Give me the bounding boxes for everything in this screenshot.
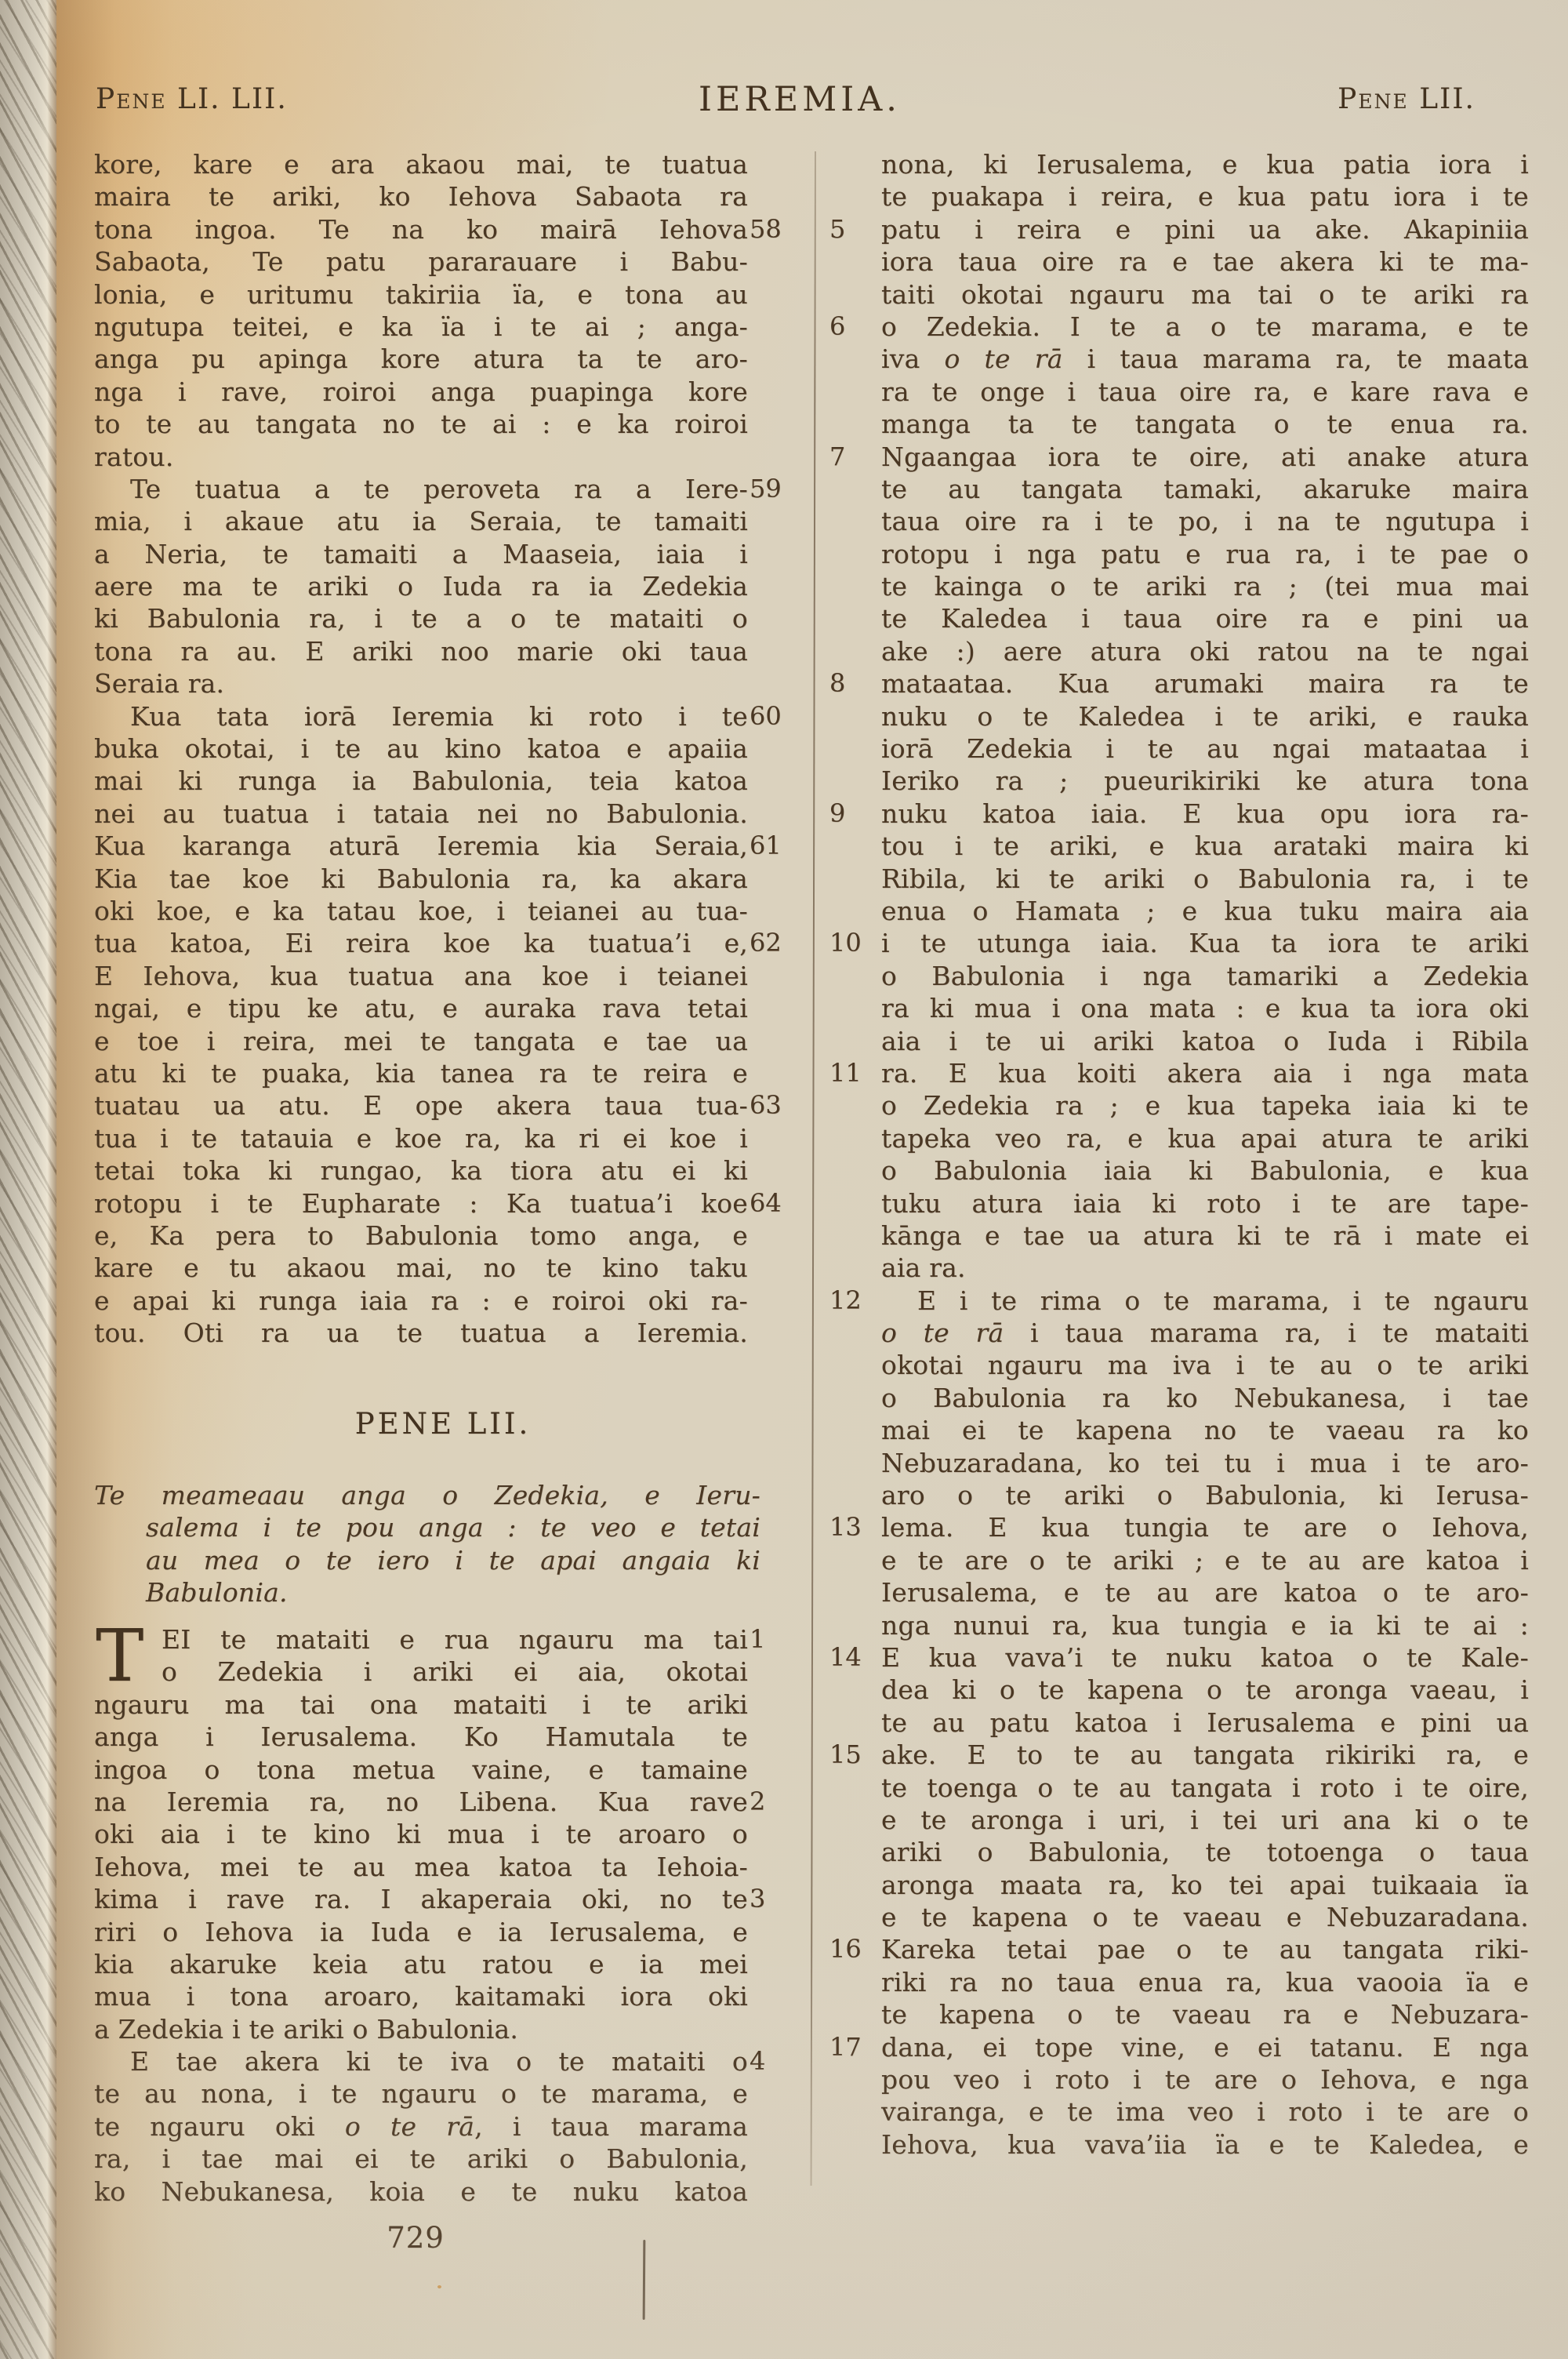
text-run: rotopu i nga patu e rua ra, i te pae o xyxy=(881,539,1529,569)
text-run: kima i rave ra. I akaperaia oki, no te xyxy=(94,1884,748,1914)
text-line: o Zedekia. I te a o te marama, e te6 xyxy=(829,311,1529,343)
text-run: tona ra au. E ariki noo marie oki taua xyxy=(94,636,748,667)
text-run: tou i te ariki, e kua arataki maira ki xyxy=(881,831,1529,861)
text-line: Iehova, kua vava’iia ïa e te Kaledea, e xyxy=(829,2128,1529,2161)
text-run: E kua vava’i te nuku katoa o te Kale- xyxy=(881,1642,1529,1673)
text-run: tetai toka ki rungao, ka tiora atu ei ki xyxy=(94,1155,748,1186)
verse-number: 17 xyxy=(829,2031,866,2063)
verse-number: 7 xyxy=(829,441,866,473)
text-line: nuku o te Kaledea i te ariki, e rauka xyxy=(829,700,1529,732)
text-run: au mea o te iero i te apai angaia ki xyxy=(146,1545,760,1576)
text-line: E Iehova, kua tuatua ana koe i teianei xyxy=(94,960,792,992)
text-run: i taua marama ra, i te mataiti xyxy=(1004,1318,1529,1348)
text-run: E Iehova, kua tuatua ana koe i teianei xyxy=(94,961,748,991)
text-run: tuku atura iaia ki roto i te are tape- xyxy=(881,1188,1529,1219)
text-run: ake :) aere atura oki ratou na te ngai xyxy=(881,636,1529,667)
verse-number: 1 xyxy=(750,1623,792,1656)
text-run: i taua marama ra, te maata xyxy=(1063,343,1529,374)
text-line: e te kapena o te vaeau e Nebuzaradana. xyxy=(829,1901,1529,1933)
text-run: rotopu i te Eupharate : Ka tuatua’i koe xyxy=(94,1188,748,1219)
text-line: nei au tuatua i tataia nei no Babulonia. xyxy=(94,798,792,830)
text-line: a Zedekia i te ariki o Babulonia. xyxy=(94,2013,792,2045)
italic-run: o te rā xyxy=(881,1318,1004,1348)
text-line: ngutupa teitei, e ka ïa i te ai ; anga- xyxy=(94,311,792,343)
text-line: Kua tata iorā Ieremia ki roto i te60 xyxy=(94,700,792,732)
text-run: tapeka veo ra, e kua apai atura te ariki xyxy=(881,1123,1529,1154)
text-run: tuatau ua atu. E ope akera taua tua- xyxy=(94,1090,748,1121)
verse-number: 5 xyxy=(829,213,866,245)
text-line: dea ki o te kapena o te aronga vaeau, i xyxy=(829,1674,1529,1706)
text-line: Kia tae koe ki Babulonia ra, ka akara xyxy=(94,863,792,895)
text-line: e toe i reira, mei te tangata e tae ua xyxy=(94,1025,792,1057)
text-run: aia ra. xyxy=(881,1252,966,1283)
text-run: lema. E kua tungia te are o Iehova, xyxy=(881,1512,1529,1543)
text-run: , i taua marama xyxy=(474,2111,748,2142)
verse-number: 3 xyxy=(750,1883,792,1915)
text-run: ake. E to te au tangata rikiriki ra, e xyxy=(881,1739,1529,1770)
page-number: 729 xyxy=(94,2221,737,2255)
verse-number: 60 xyxy=(750,700,792,732)
verse-number: 12 xyxy=(829,1285,866,1317)
text-run: maira te ariki, ko Iehova Sabaota ra xyxy=(94,181,748,212)
text-line: tona ra au. E ariki noo marie oki taua xyxy=(94,635,792,667)
text-line: o Zedekia i ariki ei aia, okotai xyxy=(94,1656,792,1688)
text-run: Babulonia. xyxy=(146,1577,288,1608)
text-line: tona ingoa. Te na ko mairā Iehova58 xyxy=(94,213,792,245)
text-line: ake. E to te au tangata rikiriki ra, e15 xyxy=(829,1739,1529,1771)
text-line: ariki o Babulonia, te totoenga o taua xyxy=(829,1836,1529,1868)
text-run: o Zedekia ra ; e kua tapeka iaia ki te xyxy=(881,1090,1529,1121)
text-run: riki ra no taua enua ra, kua vaooia ïa e xyxy=(881,1967,1529,1997)
text-run: manga ta te tangata o te enua ra. xyxy=(881,409,1529,439)
text-line: Nebuzaradana, ko tei tu i mua i te aro- xyxy=(829,1447,1529,1479)
text-line: ki Babulonia ra, i te a o te mataiti o xyxy=(94,602,792,634)
text-run: enua o Hamata ; e kua tuku maira aia xyxy=(881,896,1529,926)
text-run: nga i rave, roiroi anga puapinga kore xyxy=(94,376,748,407)
text-run: Iehova, mei te au mea katoa ta Iehoia- xyxy=(94,1852,748,1882)
verse-number: 58 xyxy=(750,213,792,245)
text-line: ra. E kua koiti akera aia i nga mata11 xyxy=(829,1057,1529,1089)
text-line: te au nona, i te ngauru o te marama, e xyxy=(94,2077,792,2110)
text-run: ngutupa teitei, e ka ïa i te ai ; anga- xyxy=(94,311,748,342)
text-line: rotopu i te Eupharate : Ka tuatua’i koe6… xyxy=(94,1187,792,1219)
verse-number: 59 xyxy=(750,473,792,505)
text-run: te au nona, i te ngauru o te marama, e xyxy=(94,2078,748,2109)
text-line: kia akaruke keia atu ratou e ia mei xyxy=(94,1948,792,1980)
text-line: EI te mataiti e rua ngauru ma tai1 xyxy=(94,1623,792,1656)
text-run: tou. Oti ra ua te tuatua a Ieremia. xyxy=(94,1318,748,1348)
text-run: aronga maata ra, ko tei apai tuikaaia ïa xyxy=(881,1870,1529,1900)
text-run: vairanga, e te ima veo i roto i te are o xyxy=(881,2096,1529,2127)
text-run: te au patu katoa i Ierusalema e pini ua xyxy=(881,1707,1529,1738)
text-line: aronga maata ra, ko tei apai tuikaaia ïa xyxy=(829,1869,1529,1901)
text-run: na Ieremia ra, no Libena. Kua rave xyxy=(94,1787,748,1817)
text-run: aere ma te ariki o Iuda ra ia Zedekia xyxy=(94,571,748,602)
text-run: lonia, e uritumu takiriia ïa, e tona au xyxy=(94,279,748,310)
column-divider-rule xyxy=(811,151,816,2186)
text-run: E tae akera ki te iva o te mataiti o xyxy=(130,2046,748,2077)
text-run: pou veo i roto i te are o Iehova, e nga xyxy=(881,2064,1529,2095)
text-line: tua i te tatauia e koe ra, ka ri ei koe … xyxy=(94,1122,792,1154)
text-run: kia akaruke keia atu ratou e ia mei xyxy=(94,1949,748,1979)
text-line: Babulonia. xyxy=(94,1576,792,1608)
text-line: oki koe, e ka tatau koe, i teianei au tu… xyxy=(94,895,792,927)
text-run: aro o te ariki o Babulonia, ki Ierusa- xyxy=(881,1480,1529,1510)
text-run: Kua karanga aturā Ieremia kia Seraia, xyxy=(94,831,748,861)
text-run: dana, ei tope vine, e ei tatanu. E nga xyxy=(881,2032,1529,2063)
verse-number: 62 xyxy=(750,927,792,959)
text-run: tua katoa, Ei reira koe ka tuatua’i e, xyxy=(94,928,748,958)
text-line: taua oire ra i te po, i na te ngutupa i xyxy=(829,505,1529,537)
text-line: Kareka tetai pae o te au tangata riki-16 xyxy=(829,1933,1529,1965)
verse-number: 15 xyxy=(829,1739,866,1771)
text-line: dana, ei tope vine, e ei tatanu. E nga17 xyxy=(829,2031,1529,2063)
text-run: Ngaangaa iora te oire, ati anake atura xyxy=(881,442,1529,472)
text-line: ra, i tae mai ei te ariki o Babulonia, xyxy=(94,2143,792,2175)
text-run: dea ki o te kapena o te aronga vaeau, i xyxy=(881,1674,1529,1705)
text-run: nei au tuatua i tataia nei no Babulonia. xyxy=(94,798,748,829)
text-run: atu ki te puaka, kia tanea ra te reira e xyxy=(94,1058,748,1089)
text-line: E kua vava’i te nuku katoa o te Kale-14 xyxy=(829,1641,1529,1674)
text-run: Sabaota, Te patu pararauare i Babu- xyxy=(94,246,748,277)
text-run: te puakapa i reira, e kua patu iora i te xyxy=(881,181,1529,212)
text-line: ngauru ma tai ona mataiti i te ariki xyxy=(94,1688,792,1721)
text-line: rotopu i nga patu e rua ra, i te pae o xyxy=(829,538,1529,570)
text-run: kare e tu akaou mai, no te kino taku xyxy=(94,1252,748,1283)
text-run: riri o Iehova ia Iuda e ia Ierusalema, e xyxy=(94,1917,748,1947)
text-line: ingoa o tona metua vaine, e tamaine xyxy=(94,1754,792,1786)
text-run: mataataa. Kua arumaki maira ra te xyxy=(881,668,1529,699)
paper-speck xyxy=(437,2285,441,2288)
text-line: Ngaangaa iora te oire, ati anake atura7 xyxy=(829,441,1529,473)
text-run: o Zedekia i ariki ei aia, okotai xyxy=(162,1656,748,1687)
text-line: tapeka veo ra, e kua apai atura te ariki xyxy=(829,1122,1529,1154)
text-line: o Babulonia i nga tamariki a Zedekia xyxy=(829,960,1529,992)
text-line: o te rā i taua marama ra, i te mataiti xyxy=(829,1317,1529,1349)
verse-number: 64 xyxy=(750,1187,792,1219)
italic-run: o te rā xyxy=(345,2111,474,2142)
text-line: E i te rima o te marama, i te ngauru12 xyxy=(829,1285,1529,1317)
running-head-left: Pene LI. LII. xyxy=(96,83,288,115)
text-run: iva xyxy=(881,343,944,374)
text-line: te ngauru oki o te rā, i taua marama xyxy=(94,2110,792,2143)
text-line: o Zedekia ra ; e kua tapeka iaia ki te xyxy=(829,1089,1529,1121)
text-run: kore, kare e ara akaou mai, te tuatua xyxy=(94,149,748,180)
text-run: ra, i tae mai ei te ariki o Babulonia, xyxy=(94,2143,748,2174)
text-run: mai ei te kapena no te vaeau ra ko xyxy=(881,1415,1529,1445)
text-line: ake :) aere atura oki ratou na te ngai xyxy=(829,635,1529,667)
text-run: te ngauru oki xyxy=(94,2111,345,2142)
text-line: Seraia ra. xyxy=(94,667,792,700)
chapter-heading: PENE LII. xyxy=(94,1407,792,1441)
text-line: lonia, e uritumu takiriia ïa, e tona au xyxy=(94,278,792,311)
text-line: nga nunui ra, kua tungia e ia ki te ai : xyxy=(829,1609,1529,1641)
text-run: Kua tata iorā Ieremia ki roto i te xyxy=(130,701,748,732)
text-run: te toenga o te au tangata i roto i te oi… xyxy=(881,1772,1529,1803)
text-line: te puakapa i reira, e kua patu iora i te xyxy=(829,180,1529,213)
text-line: ngai, e tipu ke atu, e auraka rava tetai xyxy=(94,992,792,1024)
text-line: Te tuatua a te peroveta ra a Iere-59 xyxy=(94,473,792,505)
text-line: anga i Ierusalema. Ko Hamutala te xyxy=(94,1721,792,1753)
text-run: buka okotai, i te au kino katoa e apaiia xyxy=(94,733,748,764)
text-line: i te utunga iaia. Kua ta iora te ariki10 xyxy=(829,927,1529,959)
text-line: te kainga o te ariki ra ; (tei mua mai xyxy=(829,570,1529,602)
text-run: tona ingoa. Te na ko mairā Iehova xyxy=(94,214,748,245)
text-line: tuku atura iaia ki roto i te are tape- xyxy=(829,1187,1529,1219)
text-line: au mea o te iero i te apai angaia ki xyxy=(94,1544,792,1576)
text-run: iorā Zedekia i te au ngai mataataa i xyxy=(881,733,1529,764)
text-line: iva o te rā i taua marama ra, te maata xyxy=(829,343,1529,375)
text-line: atu ki te puaka, kia tanea ra te reira e xyxy=(94,1057,792,1089)
text-run: te kainga o te ariki ra ; (tei mua mai xyxy=(881,571,1529,602)
text-line: tou. Oti ra ua te tuatua a Ieremia. xyxy=(94,1317,792,1349)
text-run: E i te rima o te marama, i te ngauru xyxy=(917,1285,1529,1316)
text-line: aere ma te ariki o Iuda ra ia Zedekia xyxy=(94,570,792,602)
text-run: Seraia ra. xyxy=(94,668,224,699)
text-line: aia i te ui ariki katoa o Iuda i Ribila xyxy=(829,1025,1529,1057)
text-line: ko Nebukanesa, koia e te nuku katoa xyxy=(94,2175,792,2208)
text-line: nona, ki Ierusalema, e kua patia iora i xyxy=(829,148,1529,180)
text-line: mai ki runga ia Babulonia, teia katoa xyxy=(94,765,792,797)
text-line: okotai ngauru ma iva i te au o te ariki xyxy=(829,1349,1529,1381)
left-column-chapter-start: T EI te mataiti e rua ngauru ma tai1o Ze… xyxy=(94,1623,792,2208)
verse-number: 61 xyxy=(750,830,792,862)
text-line: o Babulonia iaia ki Babulonia, e kua xyxy=(829,1154,1529,1187)
text-line: iorā Zedekia i te au ngai mataataa i xyxy=(829,732,1529,765)
text-line: nuku katoa iaia. E kua opu iora ra-9 xyxy=(829,798,1529,830)
text-line: Ribila, ki te ariki o Babulonia ra, i te xyxy=(829,863,1529,895)
text-run: Ierusalema, e te au are katoa o te aro- xyxy=(881,1577,1529,1608)
text-run: salema i te pou anga : te veo e tetai xyxy=(146,1512,760,1543)
stray-ink-stroke xyxy=(643,2240,646,2320)
text-run: Ribila, ki te ariki o Babulonia ra, i te xyxy=(881,863,1529,894)
text-run: nga nunui ra, kua tungia e ia ki te ai : xyxy=(881,1610,1529,1641)
text-line: mataataa. Kua arumaki maira ra te8 xyxy=(829,667,1529,700)
text-run: ratou. xyxy=(94,442,174,472)
text-line: te kapena o te vaeau ra e Nebuzara- xyxy=(829,1998,1529,2030)
text-line: o Babulonia ra ko Nebukanesa, i tae xyxy=(829,1382,1529,1414)
text-run: mai ki runga ia Babulonia, teia katoa xyxy=(94,765,748,796)
text-run: nona, ki Ierusalema, e kua patia iora i xyxy=(881,149,1529,180)
text-line: e te are o te ariki ; e te au are katoa … xyxy=(829,1544,1529,1576)
text-line: te au tangata tamaki, akaruke maira xyxy=(829,473,1529,505)
text-line: ratou. xyxy=(94,441,792,473)
text-line: to te au tangata no te ai : e ka roiroi xyxy=(94,408,792,440)
text-run: Kareka tetai pae o te au tangata riki- xyxy=(881,1934,1529,1965)
text-run: te Kaledea i taua oire ra e pini ua xyxy=(881,603,1529,634)
text-line: te Kaledea i taua oire ra e pini ua xyxy=(829,602,1529,634)
text-run: ingoa o tona metua vaine, e tamaine xyxy=(94,1754,748,1785)
text-run: anga pu apinga kore atura ta te aro- xyxy=(94,343,748,374)
text-line: ra ki mua i ona mata : e kua ta iora oki xyxy=(829,992,1529,1024)
text-run: i te utunga iaia. Kua ta iora te ariki xyxy=(881,928,1529,958)
text-run: e, Ka pera to Babulonia tomo anga, e xyxy=(94,1220,748,1251)
running-head-right: Pene LII. xyxy=(1338,83,1475,115)
text-run: ko Nebukanesa, koia e te nuku katoa xyxy=(94,2176,748,2207)
text-line: ra te onge i taua oire ra, e kare rava e xyxy=(829,376,1529,408)
text-run: nuku katoa iaia. E kua opu iora ra- xyxy=(881,798,1529,829)
text-line: Sabaota, Te patu pararauare i Babu- xyxy=(94,245,792,278)
text-run: te kapena o te vaeau ra e Nebuzara- xyxy=(881,1999,1529,2030)
text-line: enua o Hamata ; e kua tuku maira aia xyxy=(829,895,1529,927)
text-line: vairanga, e te ima veo i roto i te are o xyxy=(829,2095,1529,2128)
text-run: Kia tae koe ki Babulonia ra, ka akara xyxy=(94,863,748,894)
text-run: Nebuzaradana, ko tei tu i mua i te aro- xyxy=(881,1448,1529,1478)
text-run: o Babulonia ra ko Nebukanesa, i tae xyxy=(881,1383,1529,1413)
text-line: nga i rave, roiroi anga puapinga kore xyxy=(94,376,792,408)
text-run: Ieriko ra ; pueurikiriki ke atura tona xyxy=(881,765,1529,796)
text-line: tua katoa, Ei reira koe ka tuatua’i e,62 xyxy=(94,927,792,959)
left-column-text: kore, kare e ara akaou mai, te tuatuamai… xyxy=(94,148,792,1349)
text-line: salema i te pou anga : te veo e tetai xyxy=(94,1511,792,1543)
text-line: Kua karanga aturā Ieremia kia Seraia,61 xyxy=(94,830,792,862)
text-line: kare e tu akaou mai, no te kino taku xyxy=(94,1252,792,1284)
text-run: Te tuatua a te peroveta ra a Iere- xyxy=(130,474,748,504)
text-run: e te kapena o te vaeau e Nebuzaradana. xyxy=(881,1902,1529,1932)
facing-page-edge xyxy=(0,0,56,2359)
verse-number: 9 xyxy=(829,798,866,830)
text-run: nuku o te Kaledea i te ariki, e rauka xyxy=(881,701,1529,732)
text-line: aia ra. xyxy=(829,1252,1529,1284)
verse-number: 13 xyxy=(829,1511,866,1543)
text-line: riki ra no taua enua ra, kua vaooia ïa e xyxy=(829,1966,1529,1998)
verse-number: 16 xyxy=(829,1933,866,1965)
text-run: ra te onge i taua oire ra, e kare rava e xyxy=(881,376,1529,407)
text-line: mai ei te kapena no te vaeau ra ko xyxy=(829,1414,1529,1446)
text-run: ra ki mua i ona mata : e kua ta iora oki xyxy=(881,993,1529,1023)
text-run: ariki o Babulonia, te totoenga o taua xyxy=(881,1837,1529,1867)
text-run: taiti okotai ngauru ma tai o te ariki ra xyxy=(881,279,1529,310)
text-run: o Zedekia. I te a o te marama, e te xyxy=(881,311,1529,342)
text-run: mua i tona aroaro, kaitamaki iora oki xyxy=(94,1981,748,2012)
text-run: oki aia i te kino ki mua i te aroaro o xyxy=(94,1819,748,1849)
text-run: o Babulonia iaia ki Babulonia, e kua xyxy=(881,1155,1529,1186)
text-run: anga i Ierusalema. Ko Hamutala te xyxy=(94,1721,748,1752)
text-run: e te aronga i uri, i tei uri ana ki o te xyxy=(881,1805,1529,1835)
text-line: maira te ariki, ko Iehova Sabaota ra xyxy=(94,180,792,213)
text-run: ki Babulonia ra, i te a o te mataiti o xyxy=(94,603,748,634)
text-line: pou veo i roto i te are o Iehova, e nga xyxy=(829,2063,1529,2095)
text-line: mua i tona aroaro, kaitamaki iora oki xyxy=(94,1980,792,2012)
running-head: Pene LI. LII. IEREMIA. Pene LII. xyxy=(0,83,1568,130)
verse-number: 2 xyxy=(750,1786,792,1818)
text-line: te au patu katoa i Ierusalema e pini ua xyxy=(829,1707,1529,1739)
text-run: EI te mataiti e rua ngauru ma tai xyxy=(162,1624,748,1655)
text-line: a Neria, te tamaiti a Maaseia, iaia i xyxy=(94,538,792,570)
text-run: te au tangata tamaki, akaruke maira xyxy=(881,474,1529,504)
text-run: taua oire ra i te po, i na te ngutupa i xyxy=(881,506,1529,536)
chapter-summary: Te meameaau anga o Zedekia, e Ieru-salem… xyxy=(94,1479,792,1609)
running-head-title: IEREMIA. xyxy=(699,80,901,119)
text-line: tetai toka ki rungao, ka tiora atu ei ki xyxy=(94,1154,792,1187)
text-run: e apai ki runga iaia ra : e roiroi oki r… xyxy=(94,1285,748,1316)
text-run: ra. E kua koiti akera aia i nga mata xyxy=(881,1058,1529,1089)
text-line: kore, kare e ara akaou mai, te tuatua xyxy=(94,148,792,180)
text-line: tuatau ua atu. E ope akera taua tua-63 xyxy=(94,1089,792,1121)
text-line: E tae akera ki te iva o te mataiti o4 xyxy=(94,2045,792,2077)
text-run: aia i te ui ariki katoa o Iuda i Ribila xyxy=(881,1026,1529,1056)
verse-number: 11 xyxy=(829,1057,866,1089)
right-column-text: nona, ki Ierusalema, e kua patia iora it… xyxy=(829,148,1529,2161)
text-run: a Neria, te tamaiti a Maaseia, iaia i xyxy=(94,539,748,569)
text-line: na Ieremia ra, no Libena. Kua rave2 xyxy=(94,1786,792,1818)
text-line: manga ta te tangata o te enua ra. xyxy=(829,408,1529,440)
text-run: to te au tangata no te ai : e ka roiroi xyxy=(94,409,748,439)
scanned-book-page: Pene LI. LII. IEREMIA. Pene LII. kore, k… xyxy=(0,0,1568,2359)
text-run: oki koe, e ka tatau koe, i teianei au tu… xyxy=(94,896,748,926)
text-run: Iehova, kua vava’iia ïa e te Kaledea, e xyxy=(881,2129,1529,2160)
verse-number: 14 xyxy=(829,1641,866,1674)
text-run: Te meameaau anga o Zedekia, e Ieru- xyxy=(94,1480,760,1510)
text-line: Iehova, mei te au mea katoa ta Iehoia- xyxy=(94,1851,792,1883)
text-run: kānga e tae ua atura ki te rā i mate ei xyxy=(881,1220,1529,1251)
text-line: taiti okotai ngauru ma tai o te ariki ra xyxy=(829,278,1529,311)
text-run: patu i reira e pini ua ake. Akapiniia xyxy=(881,214,1529,245)
text-line: riri o Iehova ia Iuda e ia Ierusalema, e xyxy=(94,1916,792,1948)
verse-number: 10 xyxy=(829,927,866,959)
text-run: a Zedekia i te ariki o Babulonia. xyxy=(94,2014,518,2045)
text-line: e te aronga i uri, i tei uri ana ki o te xyxy=(829,1804,1529,1836)
text-run: iora taua oire ra e tae akera ki te ma- xyxy=(881,246,1529,277)
text-line: mia, i akaue atu ia Seraia, te tamaiti xyxy=(94,505,792,537)
text-line: lema. E kua tungia te are o Iehova,13 xyxy=(829,1511,1529,1543)
italic-run: o te rā xyxy=(944,343,1062,374)
text-run: tua i te tatauia e koe ra, ka ri ei koe … xyxy=(94,1123,748,1154)
text-line: te toenga o te au tangata i roto i te oi… xyxy=(829,1772,1529,1804)
verse-number: 4 xyxy=(750,2045,792,2077)
text-run: ngai, e tipu ke atu, e auraka rava tetai xyxy=(94,993,748,1023)
text-line: tou i te ariki, e kua arataki maira ki xyxy=(829,830,1529,862)
text-line: oki aia i te kino ki mua i te aroaro o xyxy=(94,1818,792,1850)
text-run: mia, i akaue atu ia Seraia, te tamaiti xyxy=(94,506,748,536)
text-run: e toe i reira, mei te tangata e tae ua xyxy=(94,1026,748,1056)
text-line: Ierusalema, e te au are katoa o te aro- xyxy=(829,1576,1529,1608)
verse-number: 63 xyxy=(750,1089,792,1121)
text-line: e apai ki runga iaia ra : e roiroi oki r… xyxy=(94,1285,792,1317)
text-run: e te are o te ariki ; e te au are katoa … xyxy=(881,1545,1529,1576)
text-run: ngauru ma tai ona mataiti i te ariki xyxy=(94,1689,748,1720)
text-run: o Babulonia i nga tamariki a Zedekia xyxy=(881,961,1529,991)
text-line: Te meameaau anga o Zedekia, e Ieru- xyxy=(94,1479,792,1511)
verse-number: 6 xyxy=(829,311,866,343)
text-line: kima i rave ra. I akaperaia oki, no te3 xyxy=(94,1883,792,1915)
text-run: okotai ngauru ma iva i te au o te ariki xyxy=(881,1350,1529,1380)
text-line: e, Ka pera to Babulonia tomo anga, e xyxy=(94,1219,792,1252)
text-line: buka okotai, i te au kino katoa e apaiia xyxy=(94,732,792,765)
text-line: iora taua oire ra e tae akera ki te ma- xyxy=(829,245,1529,278)
text-line: anga pu apinga kore atura ta te aro- xyxy=(94,343,792,375)
text-line: patu i reira e pini ua ake. Akapiniia5 xyxy=(829,213,1529,245)
text-line: Ieriko ra ; pueurikiriki ke atura tona xyxy=(829,765,1529,797)
verse-number: 8 xyxy=(829,667,866,700)
text-line: aro o te ariki o Babulonia, ki Ierusa- xyxy=(829,1479,1529,1511)
text-line: kānga e tae ua atura ki te rā i mate ei xyxy=(829,1219,1529,1252)
